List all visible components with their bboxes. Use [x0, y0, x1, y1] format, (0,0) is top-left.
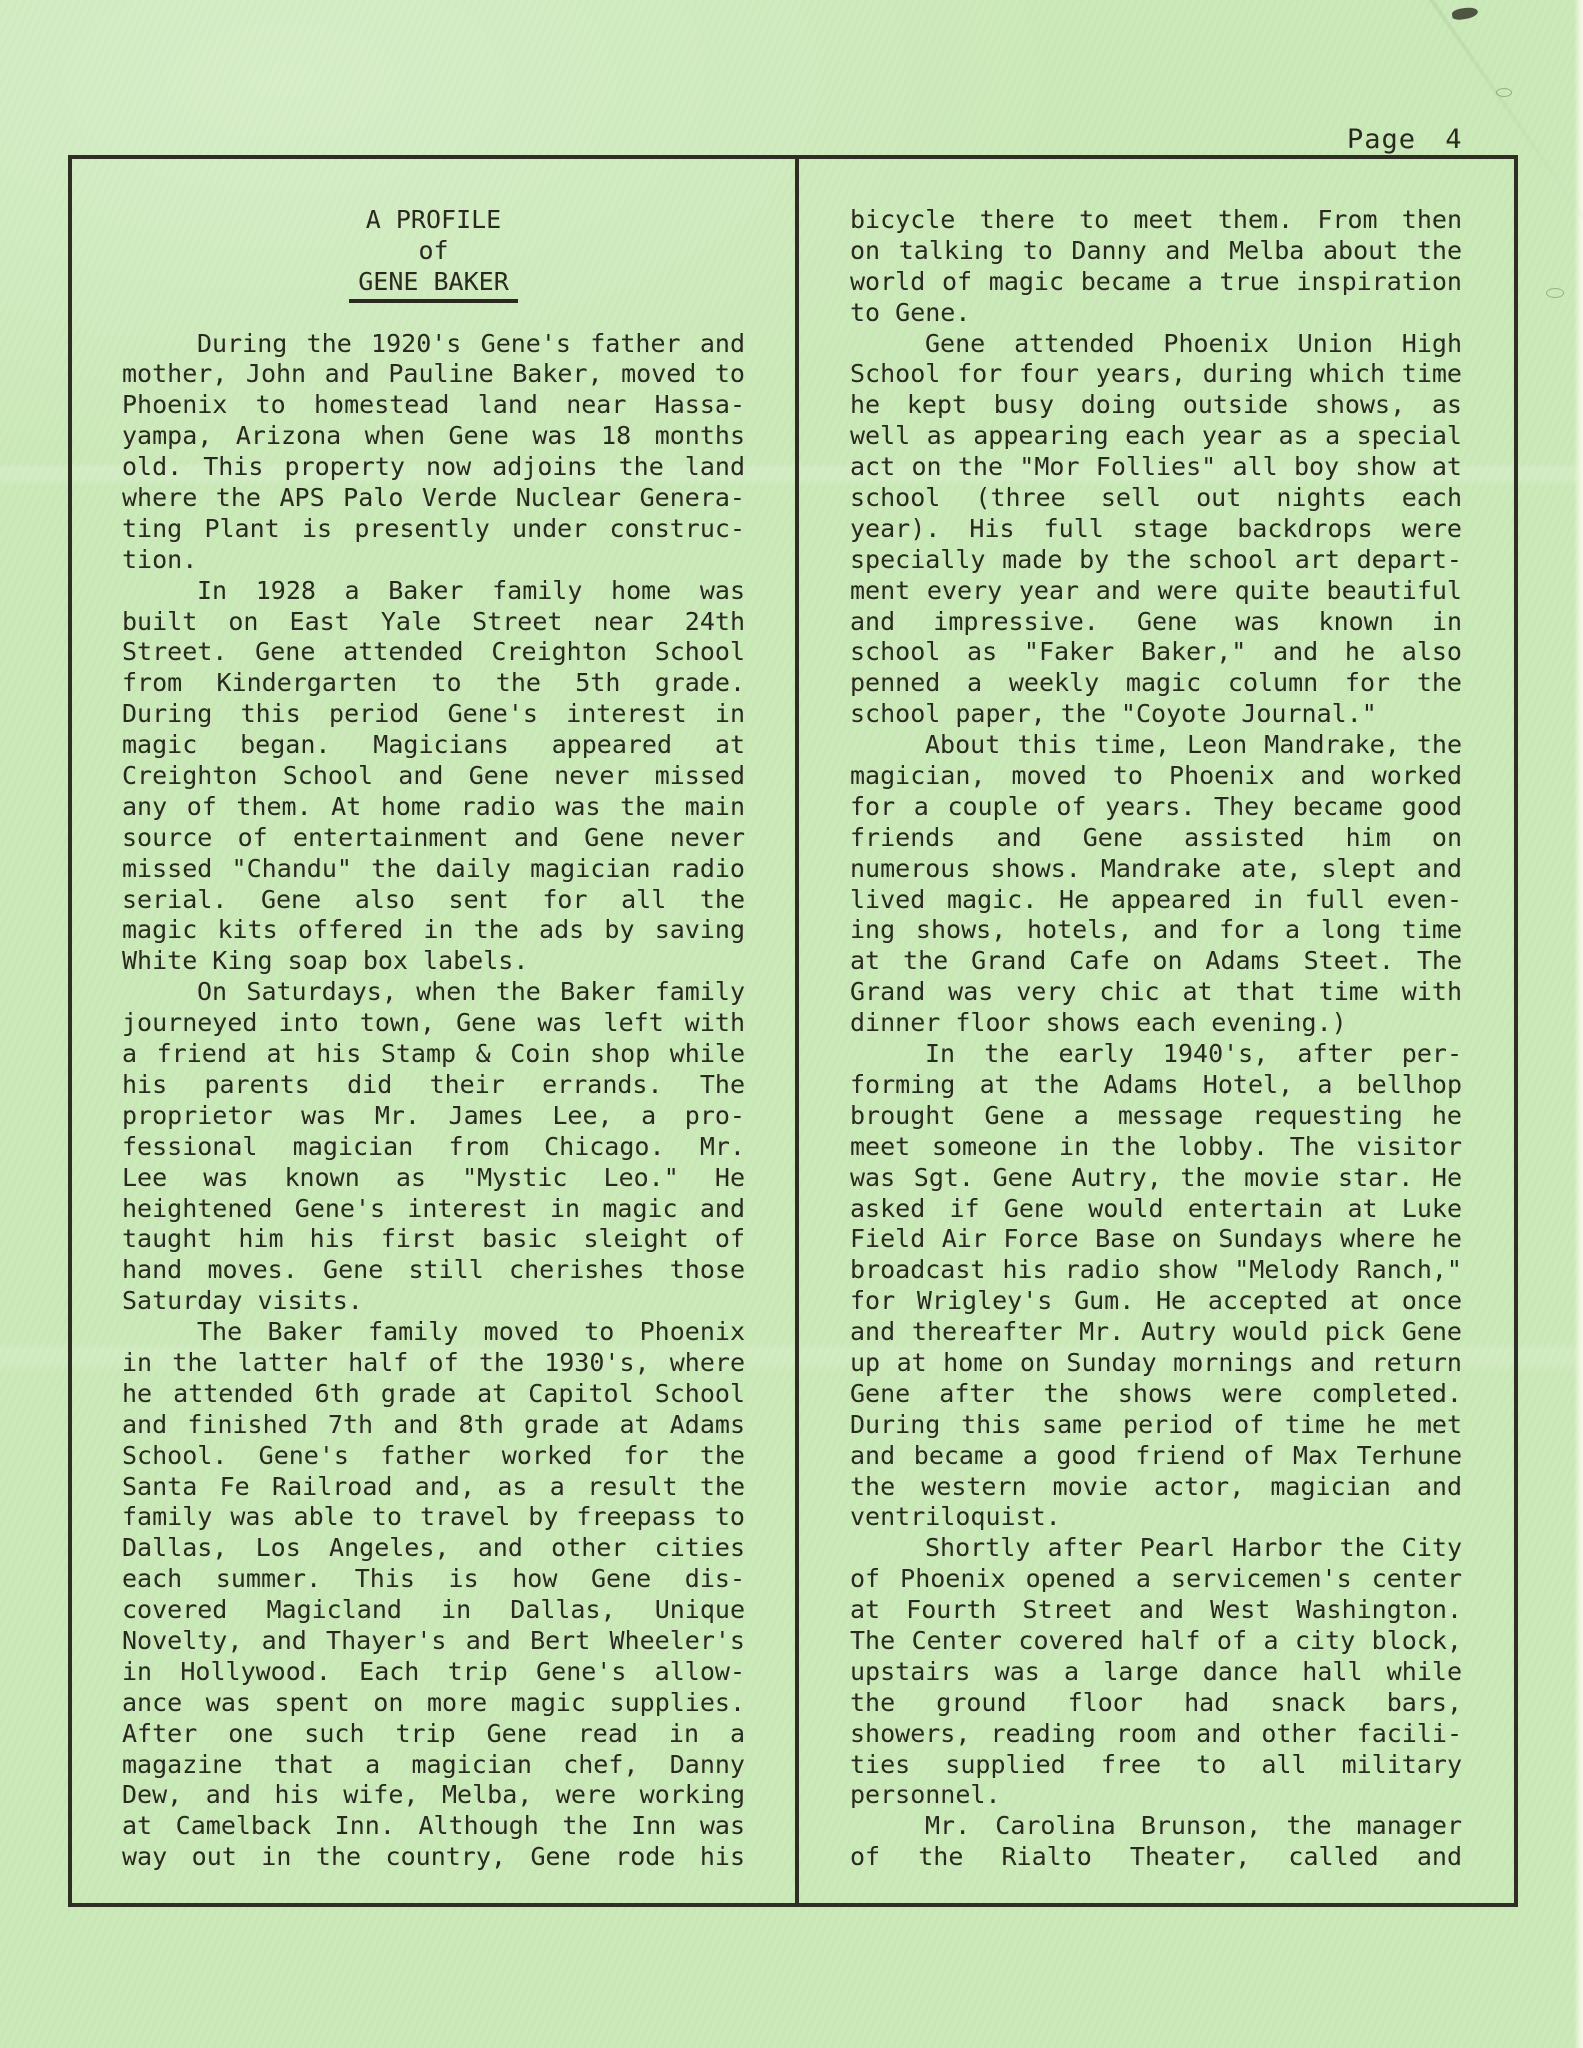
text-line: at Camelback Inn. Although the Inn was: [122, 1811, 745, 1842]
text-line: About this time, Leon Mandrake, the: [850, 730, 1462, 761]
text-line: ting Plant is presently under construc-: [122, 514, 745, 545]
text-line: he kept busy doing outside shows, as: [850, 390, 1462, 421]
text-line: hand moves. Gene still cherishes those: [122, 1255, 745, 1286]
text-line: upstairs was a large dance hall while: [850, 1657, 1462, 1688]
text-line: Shortly after Pearl Harbor the City: [850, 1533, 1462, 1564]
text-line: built on East Yale Street near 24th: [122, 607, 745, 638]
text-line: lived magic. He appeared in full even-: [850, 885, 1462, 916]
text-line: During this same period of time he met: [850, 1410, 1462, 1441]
text-line: After one such trip Gene read in a: [122, 1719, 745, 1750]
text-line: fessional magician from Chicago. Mr.: [122, 1132, 745, 1163]
text-line: School. Gene's father worked for the: [122, 1441, 745, 1472]
paragraph: In the early 1940's, after per-forming a…: [850, 1039, 1462, 1533]
text-line: specially made by the school art depart-: [850, 545, 1462, 576]
paragraph: About this time, Leon Mandrake, themagic…: [850, 730, 1462, 1039]
paragraph: Mr. Carolina Brunson, the managerof the …: [850, 1811, 1462, 1873]
paper-speck: [1496, 88, 1512, 97]
text-line: in the latter half of the 1930's, where: [122, 1348, 745, 1379]
text-line: Grand was very chic at that time with: [850, 977, 1462, 1008]
text-line: where the APS Palo Verde Nuclear Genera-: [122, 483, 745, 514]
text-line: any of them. At home radio was the main: [122, 792, 745, 823]
text-line: way out in the country, Gene rode his: [122, 1842, 745, 1873]
text-line: magic began. Magicians appeared at: [122, 730, 745, 761]
text-line: meet someone in the lobby. The visitor: [850, 1132, 1462, 1163]
text-line: school as "Faker Baker," and he also: [850, 637, 1462, 668]
text-line: missed "Chandu" the daily magician radio: [122, 854, 745, 885]
text-line: Phoenix to homestead land near Hassa-: [122, 390, 745, 421]
text-line: year). His full stage backdrops were: [850, 514, 1462, 545]
text-line: The Center covered half of a city block,: [850, 1626, 1462, 1657]
text-line: dinner floor shows each evening.): [850, 1008, 1462, 1039]
page-number: Page 4: [1347, 124, 1463, 155]
article-title-line-1: A PROFILE: [122, 205, 745, 236]
text-line: proprietor was Mr. James Lee, a pro-: [122, 1101, 745, 1132]
text-line: for a couple of years. They became good: [850, 792, 1462, 823]
paragraph: On Saturdays, when the Baker familyjourn…: [122, 977, 745, 1317]
text-line: forming at the Adams Hotel, a bellhop: [850, 1070, 1462, 1101]
text-line: and impressive. Gene was known in: [850, 607, 1462, 638]
text-line: Field Air Force Base on Sundays where he: [850, 1224, 1462, 1255]
text-line: serial. Gene also sent for all the: [122, 885, 745, 916]
paragraph: During the 1920's Gene's father andmothe…: [122, 329, 745, 576]
text-line: school paper, the "Coyote Journal.": [850, 699, 1462, 730]
paragraph: In 1928 a Baker family home wasbuilt on …: [122, 576, 745, 978]
text-line: magic kits offered in the ads by saving: [122, 915, 745, 946]
text-line: of the Rialto Theater, called and: [850, 1842, 1462, 1873]
text-line: at Fourth Street and West Washington.: [850, 1595, 1462, 1626]
paragraph: bicycle there to meet them. From thenon …: [850, 205, 1462, 329]
text-line: and became a good friend of Max Terhune: [850, 1441, 1462, 1472]
underlined-title-text: GENE BAKER: [349, 267, 518, 303]
text-line: a friend at his Stamp & Coin shop while: [122, 1039, 745, 1070]
text-line: each summer. This is how Gene dis-: [122, 1564, 745, 1595]
left-column-body: During the 1920's Gene's father andmothe…: [122, 329, 745, 1874]
paragraph: Shortly after Pearl Harbor the Cityof Ph…: [850, 1533, 1462, 1811]
text-line: for Wrigley's Gum. He accepted at once: [850, 1286, 1462, 1317]
scanned-newsletter-page: Page 4 A PROFILE of GENE BAKER During th…: [0, 0, 1583, 2048]
paper-edge: [1574, 0, 1583, 2048]
text-line: asked if Gene would entertain at Luke: [850, 1194, 1462, 1225]
left-column: A PROFILE of GENE BAKER During the 1920'…: [122, 205, 745, 1873]
text-line: Mr. Carolina Brunson, the manager: [850, 1811, 1462, 1842]
text-line: personnel.: [850, 1780, 1462, 1811]
text-line: taught him his first basic sleight of: [122, 1224, 745, 1255]
text-line: old. This property now adjoins the land: [122, 452, 745, 483]
text-line: The Baker family moved to Phoenix: [122, 1317, 745, 1348]
text-line: the ground floor had snack bars,: [850, 1688, 1462, 1719]
text-line: brought Gene a message requesting he: [850, 1101, 1462, 1132]
text-line: magician, moved to Phoenix and worked: [850, 761, 1462, 792]
text-line: showers, reading room and other facili-: [850, 1719, 1462, 1750]
text-line: numerous shows. Mandrake ate, slept and: [850, 854, 1462, 885]
text-line: in Hollywood. Each trip Gene's allow-: [122, 1657, 745, 1688]
column-divider-rule: [795, 157, 799, 1905]
text-line: ance was spent on more magic supplies.: [122, 1688, 745, 1719]
text-line: ventriloquist.: [850, 1502, 1462, 1533]
text-line: broadcast his radio show "Melody Ranch,": [850, 1255, 1462, 1286]
text-line: yampa, Arizona when Gene was 18 months: [122, 421, 745, 452]
article-title-line-3: GENE BAKER: [122, 267, 745, 298]
text-line: act on the "Mor Follies" all boy show at: [850, 452, 1462, 483]
text-line: was Sgt. Gene Autry, the movie star. He: [850, 1163, 1462, 1194]
text-line: Gene attended Phoenix Union High: [850, 329, 1462, 360]
text-line: During this period Gene's interest in: [122, 699, 745, 730]
text-line: world of magic became a true inspiration: [850, 267, 1462, 298]
text-line: Dew, and his wife, Melba, were working: [122, 1780, 745, 1811]
text-line: Novelty, and Thayer's and Bert Wheeler's: [122, 1626, 745, 1657]
text-line: he attended 6th grade at Capitol School: [122, 1379, 745, 1410]
right-column: bicycle there to meet them. From thenon …: [850, 205, 1462, 1873]
text-line: covered Magicland in Dallas, Unique: [122, 1595, 745, 1626]
text-line: and thereafter Mr. Autry would pick Gene: [850, 1317, 1462, 1348]
text-line: During the 1920's Gene's father and: [122, 329, 745, 360]
text-line: Saturday visits.: [122, 1286, 745, 1317]
paper-speck: [1546, 288, 1564, 298]
paragraph: Gene attended Phoenix Union HighSchool f…: [850, 329, 1462, 731]
text-line: at the Grand Cafe on Adams Steet. The: [850, 946, 1462, 977]
ink-smudge: [1451, 6, 1478, 21]
text-line: penned a weekly magic column for the: [850, 668, 1462, 699]
text-line: ing shows, hotels, and for a long time: [850, 915, 1462, 946]
text-line: the western movie actor, magician and: [850, 1472, 1462, 1503]
text-line: from Kindergarten to the 5th grade.: [122, 668, 745, 699]
text-line: up at home on Sunday mornings and return: [850, 1348, 1462, 1379]
text-line: to Gene.: [850, 298, 1462, 329]
text-line: family was able to travel by freepass to: [122, 1502, 745, 1533]
text-line: ties supplied free to all military: [850, 1750, 1462, 1781]
text-line: On Saturdays, when the Baker family: [122, 977, 745, 1008]
text-line: ment every year and were quite beautiful: [850, 576, 1462, 607]
text-line: Gene after the shows were completed.: [850, 1379, 1462, 1410]
text-line: mother, John and Pauline Baker, moved to: [122, 359, 745, 390]
text-line: school (three sell out nights each: [850, 483, 1462, 514]
text-line: heightened Gene's interest in magic and: [122, 1194, 745, 1225]
text-line: In 1928 a Baker family home was: [122, 576, 745, 607]
text-line: of Phoenix opened a servicemen's center: [850, 1564, 1462, 1595]
text-line: White King soap box labels.: [122, 946, 745, 977]
text-line: his parents did their errands. The: [122, 1070, 745, 1101]
text-line: bicycle there to meet them. From then: [850, 205, 1462, 236]
text-line: magazine that a magician chef, Danny: [122, 1750, 745, 1781]
text-line: In the early 1940's, after per-: [850, 1039, 1462, 1070]
text-line: friends and Gene assisted him on: [850, 823, 1462, 854]
text-line: source of entertainment and Gene never: [122, 823, 745, 854]
text-line: Dallas, Los Angeles, and other cities: [122, 1533, 745, 1564]
text-line: Creighton School and Gene never missed: [122, 761, 745, 792]
text-line: Lee was known as "Mystic Leo." He: [122, 1163, 745, 1194]
text-line: and finished 7th and 8th grade at Adams: [122, 1410, 745, 1441]
article-title-line-2: of: [122, 236, 745, 267]
paragraph: The Baker family moved to Phoenixin the …: [122, 1317, 745, 1873]
text-line: on talking to Danny and Melba about the: [850, 236, 1462, 267]
text-line: School for four years, during which time: [850, 359, 1462, 390]
text-line: journeyed into town, Gene was left with: [122, 1008, 745, 1039]
text-line: well as appearing each year as a special: [850, 421, 1462, 452]
text-line: Santa Fe Railroad and, as a result the: [122, 1472, 745, 1503]
right-column-body: bicycle there to meet them. From thenon …: [850, 205, 1462, 1873]
text-line: Street. Gene attended Creighton School: [122, 637, 745, 668]
text-line: tion.: [122, 545, 745, 576]
